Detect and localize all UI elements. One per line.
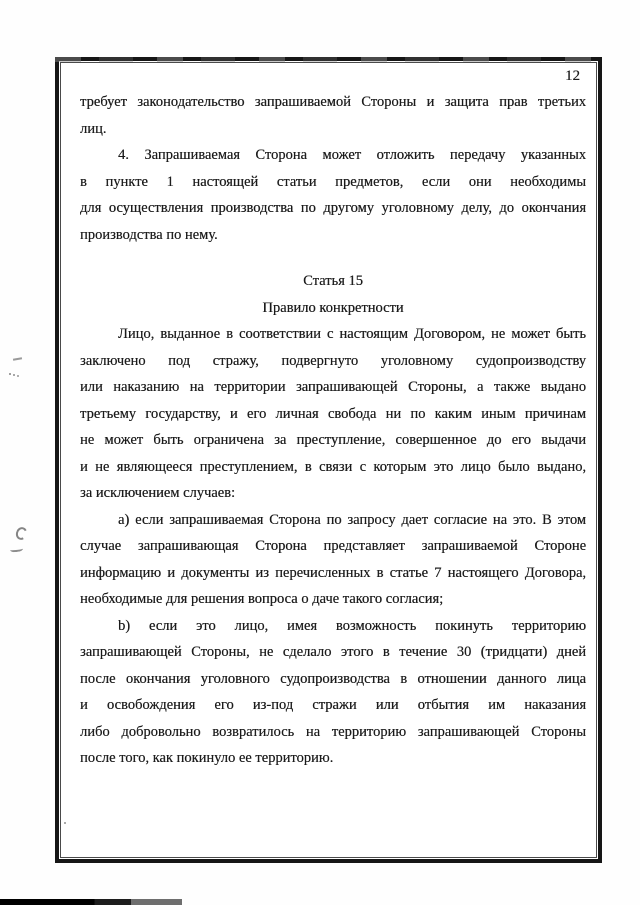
paragraph: а) если запрашиваемая Сторона по запросу…: [80, 507, 586, 613]
document-body: требует законодательство запрашиваемой С…: [80, 89, 586, 772]
text-line: а) если запрашиваемая Сторона по запросу…: [80, 507, 586, 534]
text-line: или наказанию на территории запрашивающе…: [80, 374, 586, 401]
text-line: информацию и документы из перечисленных …: [80, 560, 586, 587]
pencil-mark-dots: [9, 373, 11, 375]
pencil-mark-curve: [14, 526, 28, 542]
document-page: 12 требует законодательство запрашиваемо…: [55, 57, 602, 863]
text-line: за исключением случаев:: [80, 480, 586, 507]
text-line: и не являющееся преступлением, в связи с…: [80, 454, 586, 481]
paragraph: Лицо, выданное в соответствии с настоящи…: [80, 321, 586, 507]
text-line: заключено под стражу, подвергнуто уголов…: [80, 348, 586, 375]
text-line: необходимые для решения вопроса о даче т…: [80, 586, 586, 613]
text-line: для осуществления производства по другом…: [80, 195, 586, 222]
pencil-mark-dash: [13, 357, 22, 361]
text-line: третьему государству, и его личная свобо…: [80, 401, 586, 428]
paragraph: требует законодательство запрашиваемой С…: [80, 89, 586, 142]
text-line: запрашивающей Стороны, не сделало этого …: [80, 639, 586, 666]
section-heading: Правило конкретности: [80, 295, 586, 322]
text-line: требует законодательство запрашиваемой С…: [80, 89, 586, 116]
text-line: Лицо, выданное в соответствии с настоящи…: [80, 321, 586, 348]
text-line: после окончания уголовного судопроизводс…: [80, 666, 586, 693]
page-content: 12 требует законодательство запрашиваемо…: [59, 61, 598, 859]
scan-canvas: 12 требует законодательство запрашиваемо…: [0, 0, 640, 905]
text-line: b) если это лицо, имея возможность покин…: [80, 613, 586, 640]
paragraph: b) если это лицо, имея возможность покин…: [80, 613, 586, 772]
section-heading: Статья 15: [80, 268, 586, 295]
text-line: после того, как покинуло ее территорию.: [80, 745, 586, 772]
scan-artifact-bar: [0, 899, 182, 905]
pencil-mark-squiggle: [10, 545, 24, 552]
text-line: лиц.: [80, 116, 586, 143]
paragraph: 4. Запрашиваемая Сторона может отложить …: [80, 142, 586, 248]
text-line: в пункте 1 настоящей статьи предметов, е…: [80, 169, 586, 196]
text-line: 4. Запрашиваемая Сторона может отложить …: [80, 142, 586, 169]
text-line: либо добровольно возвратилось на террито…: [80, 719, 586, 746]
text-line: не может быть ограничена за преступление…: [80, 427, 586, 454]
text-line: производства по нему.: [80, 222, 586, 249]
text-line: и освобождения его из-под стражи или отб…: [80, 692, 586, 719]
page-number: 12: [80, 63, 586, 89]
text-line: случае запрашивающая Сторона представляе…: [80, 533, 586, 560]
